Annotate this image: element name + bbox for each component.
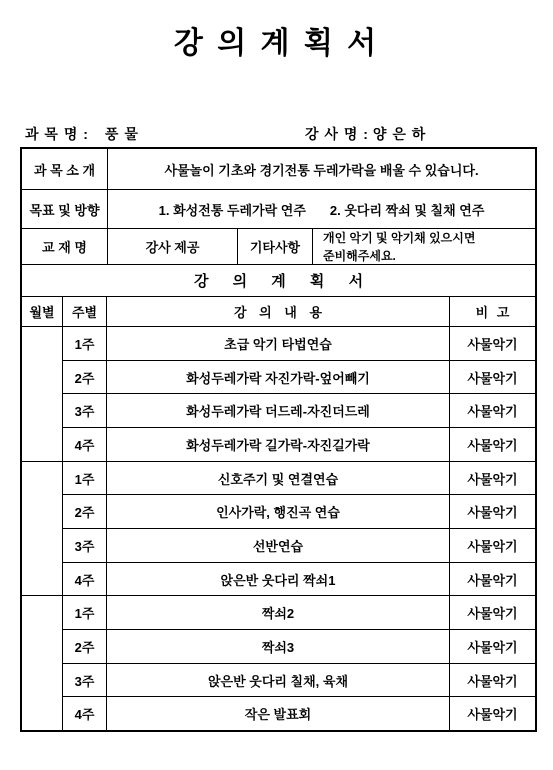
week-number: 2주 bbox=[63, 630, 107, 663]
week-number: 1주 bbox=[63, 596, 107, 629]
table-row: 2주 화성두레가락 자진가락-엎어빼기 사물악기 bbox=[63, 361, 535, 395]
lecture-content: 짝쇠2 bbox=[107, 596, 450, 629]
lecture-content: 화성두레가락 자진가락-엎어빼기 bbox=[107, 361, 450, 394]
course-intro-label: 과 목 소 개 bbox=[22, 149, 108, 189]
remark: 사물악기 bbox=[450, 697, 535, 730]
goal-item-1: 1. 화성전통 두레가락 연주 bbox=[159, 200, 306, 219]
subject-name-field: 과 목 명 :풍 물 bbox=[25, 124, 139, 144]
instructor-name-label: 강 사 명 : bbox=[305, 126, 369, 142]
page-title: 강 의 계 획 서 bbox=[0, 0, 553, 60]
remark: 사물악기 bbox=[450, 563, 535, 596]
week-number: 3주 bbox=[63, 529, 107, 562]
textbook-value: 강사 제공 bbox=[108, 229, 238, 264]
week-number: 3주 bbox=[63, 664, 107, 697]
lecture-content: 앉은반 웃다리 짝쇠1 bbox=[107, 563, 450, 596]
header-note: 비 고 bbox=[450, 297, 535, 326]
remark: 사물악기 bbox=[450, 596, 535, 629]
remark: 사물악기 bbox=[450, 361, 535, 394]
etc-value-line-2: 준비해주세요. bbox=[323, 247, 396, 265]
remark: 사물악기 bbox=[450, 394, 535, 427]
lecture-plan-table: 과 목 소 개 사물놀이 기초와 경기전통 두레가락을 배울 수 있습니다. 목… bbox=[20, 147, 537, 732]
month-group-1-weeks: 1주 초급 악기 타법연습 사물악기 2주 화성두레가락 자진가락-엎어빼기 사… bbox=[63, 327, 535, 461]
etc-label: 기타사항 bbox=[238, 229, 313, 264]
remark: 사물악기 bbox=[450, 327, 535, 360]
table-row: 2주 짝쇠3 사물악기 bbox=[63, 630, 535, 664]
textbook-label: 교 재 명 bbox=[22, 229, 108, 264]
header-week: 주별 bbox=[63, 297, 107, 326]
remark: 사물악기 bbox=[450, 664, 535, 697]
month-cell-3 bbox=[22, 596, 63, 730]
remark: 사물악기 bbox=[450, 529, 535, 562]
table-row: 1주 짝쇠2 사물악기 bbox=[63, 596, 535, 630]
etc-value-line-1: 개인 악기 및 악기채 있으시면 bbox=[323, 229, 475, 247]
goal-label: 목표 및 방향 bbox=[22, 190, 108, 228]
schedule-body: 1주 초급 악기 타법연습 사물악기 2주 화성두레가락 자진가락-엎어빼기 사… bbox=[22, 327, 535, 730]
month-cell-1 bbox=[22, 327, 63, 461]
month-group-2: 1주 신호주기 및 연결연습 사물악기 2주 인사가락, 행진곡 연습 사물악기… bbox=[22, 462, 535, 597]
textbook-row: 교 재 명 강사 제공 기타사항 개인 악기 및 악기채 있으시면 준비해주세요… bbox=[22, 229, 535, 265]
lecture-content: 짝쇠3 bbox=[107, 630, 450, 663]
week-number: 2주 bbox=[63, 495, 107, 528]
subject-name-label: 과 목 명 : bbox=[25, 126, 89, 142]
lecture-content: 초급 악기 타법연습 bbox=[107, 327, 450, 360]
week-number: 1주 bbox=[63, 327, 107, 360]
etc-value: 개인 악기 및 악기채 있으시면 준비해주세요. bbox=[313, 229, 535, 264]
instructor-name-value: 양 은 하 bbox=[373, 126, 426, 142]
month-group-1: 1주 초급 악기 타법연습 사물악기 2주 화성두레가락 자진가락-엎어빼기 사… bbox=[22, 327, 535, 462]
lecture-content: 화성두레가락 더드레-자진더드레 bbox=[107, 394, 450, 427]
table-row: 1주 초급 악기 타법연습 사물악기 bbox=[63, 327, 535, 361]
week-number: 4주 bbox=[63, 428, 107, 461]
lecture-content: 화성두레가락 길가락-자진길가락 bbox=[107, 428, 450, 461]
week-number: 4주 bbox=[63, 697, 107, 730]
goal-row: 목표 및 방향 1. 화성전통 두레가락 연주2. 웃다리 짝쇠 및 칠채 연주 bbox=[22, 190, 535, 229]
week-number: 3주 bbox=[63, 394, 107, 427]
table-row: 3주 선반연습 사물악기 bbox=[63, 529, 535, 563]
goal-item-2: 2. 웃다리 짝쇠 및 칠채 연주 bbox=[330, 200, 484, 219]
section-title: 강 의 계 획 서 bbox=[22, 265, 535, 296]
week-number: 4주 bbox=[63, 563, 107, 596]
lecture-content: 선반연습 bbox=[107, 529, 450, 562]
month-cell-2 bbox=[22, 462, 63, 596]
table-row: 4주 작은 발표회 사물악기 bbox=[63, 697, 535, 730]
header-content: 강 의 내 용 bbox=[107, 297, 450, 326]
header-month: 월별 bbox=[22, 297, 63, 326]
remark: 사물악기 bbox=[450, 428, 535, 461]
lecture-content: 인사가락, 행진곡 연습 bbox=[107, 495, 450, 528]
table-row: 4주 앉은반 웃다리 짝쇠1 사물악기 bbox=[63, 563, 535, 596]
table-row: 2주 인사가락, 행진곡 연습 사물악기 bbox=[63, 495, 535, 529]
instructor-name-field: 강 사 명 :양 은 하 bbox=[305, 124, 426, 144]
month-group-3: 1주 짝쇠2 사물악기 2주 짝쇠3 사물악기 3주 앉은반 웃다리 칠채, 육… bbox=[22, 596, 535, 730]
course-intro-value: 사물놀이 기초와 경기전통 두레가락을 배울 수 있습니다. bbox=[108, 149, 535, 189]
goal-value: 1. 화성전통 두레가락 연주2. 웃다리 짝쇠 및 칠채 연주 bbox=[108, 190, 535, 228]
table-row: 3주 화성두레가락 더드레-자진더드레 사물악기 bbox=[63, 394, 535, 428]
course-intro-row: 과 목 소 개 사물놀이 기초와 경기전통 두레가락을 배울 수 있습니다. bbox=[22, 149, 535, 190]
month-group-3-weeks: 1주 짝쇠2 사물악기 2주 짝쇠3 사물악기 3주 앉은반 웃다리 칠채, 육… bbox=[63, 596, 535, 730]
remark: 사물악기 bbox=[450, 630, 535, 663]
remark: 사물악기 bbox=[450, 462, 535, 495]
lecture-plan-document: 강 의 계 획 서 과 목 명 :풍 물 강 사 명 :양 은 하 과 목 소 … bbox=[0, 0, 553, 770]
week-number: 1주 bbox=[63, 462, 107, 495]
month-group-2-weeks: 1주 신호주기 및 연결연습 사물악기 2주 인사가락, 행진곡 연습 사물악기… bbox=[63, 462, 535, 596]
section-title-row: 강 의 계 획 서 bbox=[22, 265, 535, 297]
table-row: 1주 신호주기 및 연결연습 사물악기 bbox=[63, 462, 535, 496]
remark: 사물악기 bbox=[450, 495, 535, 528]
lecture-content: 작은 발표회 bbox=[107, 697, 450, 730]
subject-name-value: 풍 물 bbox=[105, 126, 139, 142]
lecture-content: 신호주기 및 연결연습 bbox=[107, 462, 450, 495]
table-row: 3주 앉은반 웃다리 칠채, 육채 사물악기 bbox=[63, 664, 535, 698]
schedule-header-row: 월별 주별 강 의 내 용 비 고 bbox=[22, 297, 535, 327]
table-row: 4주 화성두레가락 길가락-자진길가락 사물악기 bbox=[63, 428, 535, 461]
lecture-content: 앉은반 웃다리 칠채, 육채 bbox=[107, 664, 450, 697]
meta-line: 과 목 명 :풍 물 강 사 명 :양 은 하 bbox=[0, 124, 553, 144]
week-number: 2주 bbox=[63, 361, 107, 394]
